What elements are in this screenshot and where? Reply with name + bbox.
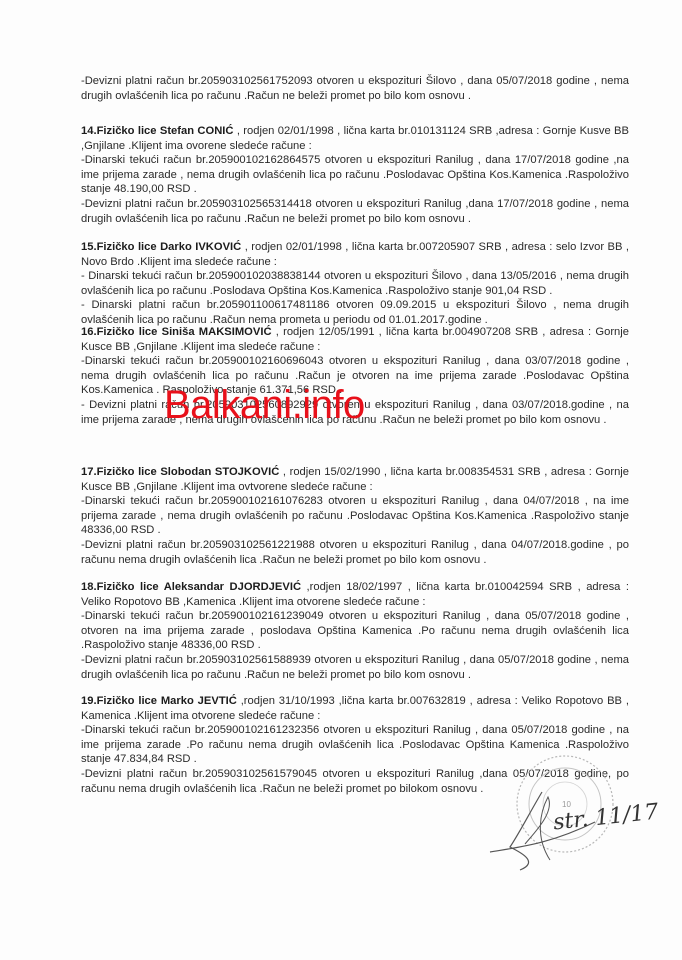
entry-17: 17.Fizičko lice Slobodan STOJKOVIĆ , rod… (81, 465, 629, 567)
account-line: -Dinarski tekući račun br.20590010216107… (81, 494, 629, 538)
entry-number: 15. (81, 241, 97, 253)
intro-text: -Devizni platni račun br.205903102561752… (81, 74, 629, 103)
entry-label: Fizičko lice Aleksandar DJORDJEVIĆ (97, 581, 301, 593)
account-line: -Devizni platni račun br.205903102561588… (81, 653, 629, 682)
entry-18: 18.Fizičko lice Aleksandar DJORDJEVIĆ ,r… (81, 580, 629, 682)
entry-label: Fizičko lice Siniša MAKSIMOVIĆ (97, 326, 272, 338)
account-line: -Devizni platni račun br.205903102565314… (81, 197, 629, 226)
entry-number: 18. (81, 581, 97, 593)
account-line: - Dinarski tekući račun br.2059001020388… (81, 269, 629, 298)
entry-number: 17. (81, 466, 97, 478)
entry-15: 15.Fizičko lice Darko IVKOVIĆ , rodjen 0… (81, 240, 629, 328)
entry-label: Fizičko lice Darko IVKOVIĆ (97, 241, 242, 253)
entry-label: Fizičko lice Marko JEVTIĆ (97, 695, 237, 707)
account-line: -Dinarski tekući račun br.20590010216286… (81, 153, 629, 197)
account-line: -Devizni platni račun br.205903102561221… (81, 538, 629, 567)
scanned-document-page: -Devizni platni račun br.205903102561752… (0, 0, 682, 960)
intro-paragraph: -Devizni platni račun br.205903102561752… (81, 74, 629, 103)
account-line: - Dinarski platni račun br.2059011006174… (81, 298, 629, 327)
entry-number: 16. (81, 326, 97, 338)
entry-number: 14. (81, 125, 97, 137)
entry-label: Fizičko lice Stefan CONIĆ (97, 125, 234, 137)
account-line: -Dinarski tekući račun br.20590010216123… (81, 609, 629, 653)
entry-label: Fizičko lice Slobodan STOJKOVIĆ (97, 466, 280, 478)
entry-14: 14.Fizičko lice Stefan CONIĆ , rodjen 02… (81, 124, 629, 226)
entry-number: 19. (81, 695, 97, 707)
watermark-text: Balkani.info (164, 383, 365, 427)
